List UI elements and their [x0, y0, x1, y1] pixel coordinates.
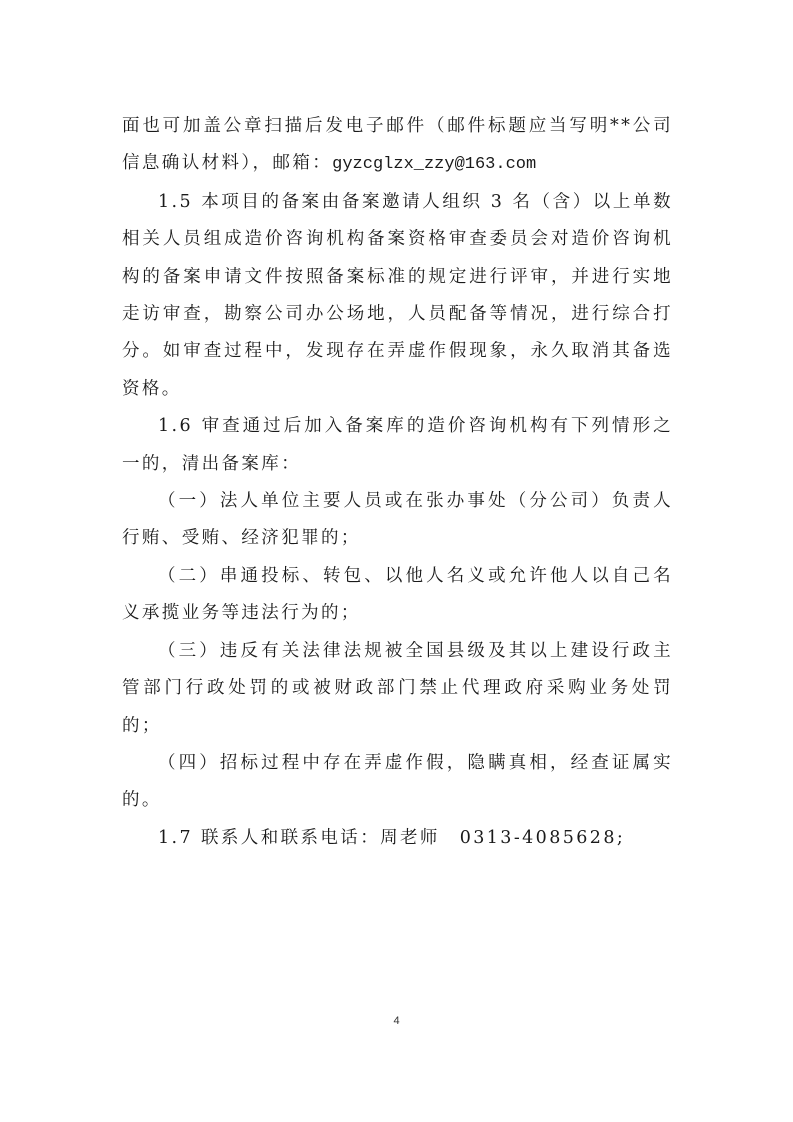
paragraph-section-1-7-contact: 1.7 联系人和联系电话：周老师 0313-4085628;: [122, 820, 673, 857]
list-item-condition-1: （一）法人单位主要人员或在张办事处（分公司）负责人行贿、受贿、经济犯罪的；: [122, 483, 673, 558]
paragraph-section-1-5: 1.5 本项目的备案由备案邀请人组织 3 名（含）以上单数相关人员组成造价咨询机…: [122, 184, 673, 408]
paragraph-section-1-6: 1.6 审查通过后加入备案库的造价咨询机构有下列情形之一的，清出备案库：: [122, 408, 673, 483]
paragraph-email-submission: 面也可加盖公章扫描后发电子邮件（邮件标题应当写明**公司信息确认材料），邮箱：g…: [122, 108, 673, 184]
list-item-condition-4: （四）招标过程中存在弄虚作假，隐瞒真相，经查证属实的。: [122, 745, 673, 820]
page-number: 4: [0, 1015, 793, 1027]
list-item-condition-2: （二）串通投标、转包、以他人名义或允许他人以自己名义承揽业务等违法行为的；: [122, 558, 673, 633]
list-item-condition-3: （三）违反有关法律法规被全国县级及其以上建设行政主管部门行政处罚的或被财政部门禁…: [122, 633, 673, 745]
document-page: 面也可加盖公章扫描后发电子邮件（邮件标题应当写明**公司信息确认材料），邮箱：g…: [0, 0, 793, 1122]
email-address[interactable]: gyzcglzx_zzy@163.com: [332, 155, 536, 174]
document-body: 面也可加盖公章扫描后发电子邮件（邮件标题应当写明**公司信息确认材料），邮箱：g…: [122, 108, 673, 857]
